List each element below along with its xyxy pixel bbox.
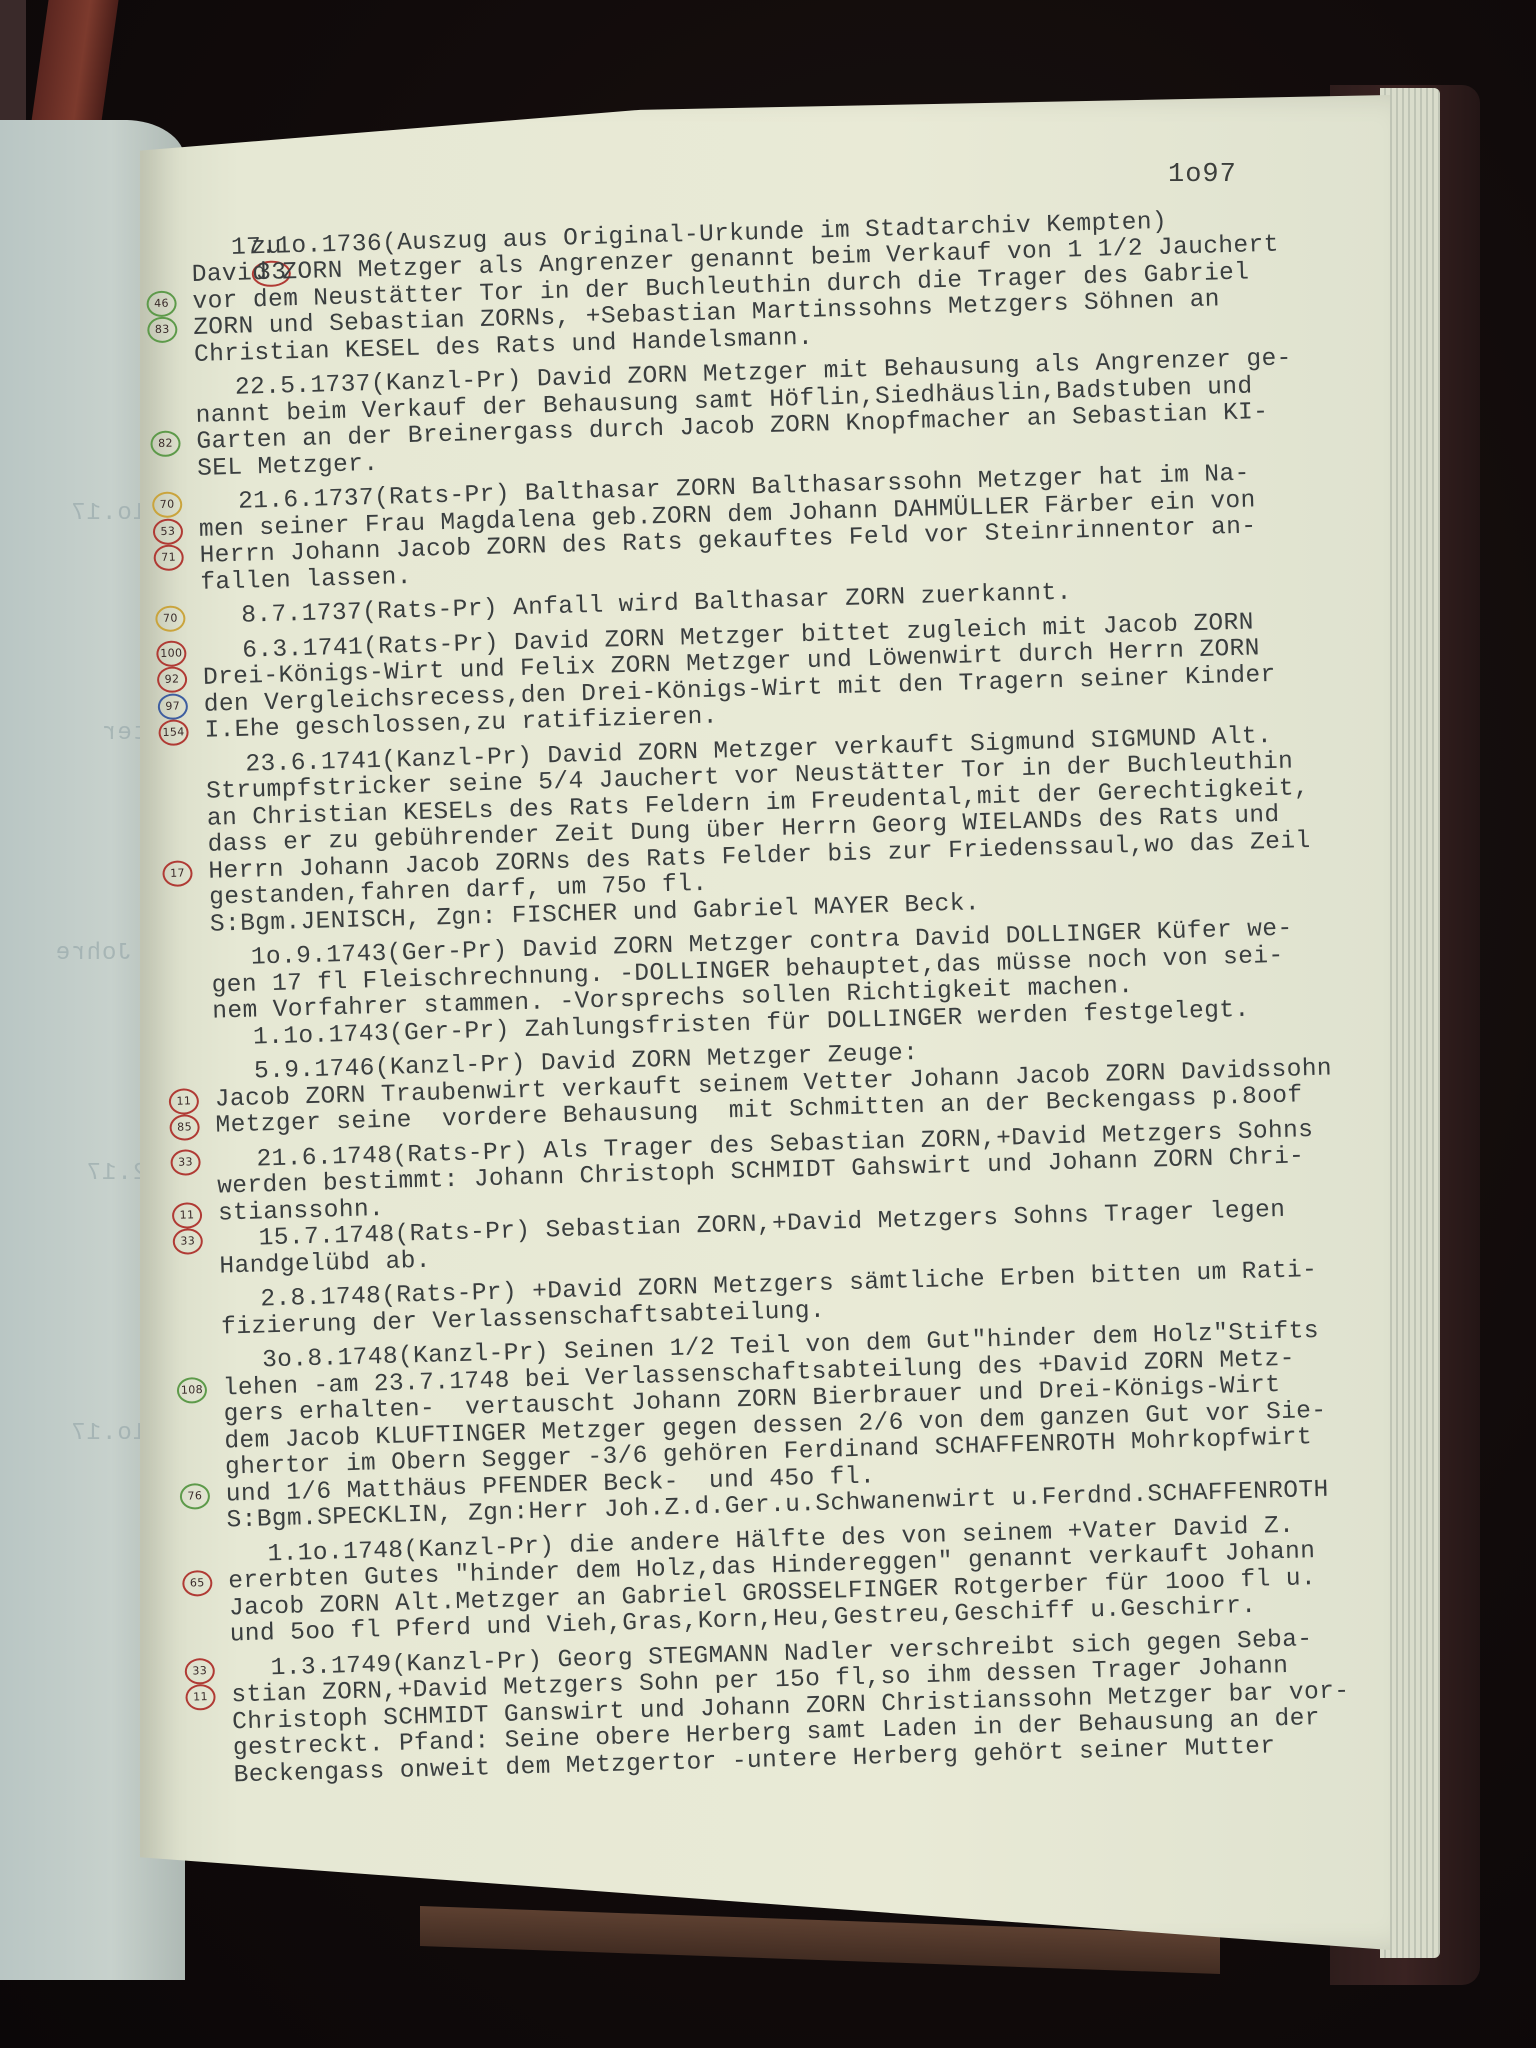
record-line-text: Handgelübd ab. [219,1247,431,1280]
margin-annotation-circle: 11 [172,1202,203,1229]
typewritten-text: zu 33 17.1o.1736(Auszug aus Original-Urk… [190,177,1424,1798]
record-line-text: fallen lassen. [200,563,412,596]
record-line-text: SEL Metzger. [197,450,379,482]
record-entry: 1.3.1749(Kanzl-Pr) Georg STEGMANN Nadler… [230,1624,1423,1790]
record-entry: 23.6.1741(Kanzl-Pr) David ZORN Metzger v… [205,720,1400,939]
margin-annotation-circle: 97 [157,693,188,720]
margin-annotation-circle: 46 [146,290,177,317]
margin-annotation-circle: 76 [180,1482,211,1509]
record-entry: 21.6.1748(Rats-Pr) Als Trager des Sebast… [216,1115,1409,1281]
margin-annotation-circle: 100 [156,640,187,667]
margin-annotation-circle: 33 [184,1657,215,1684]
margin-annotation-circle: 53 [153,518,184,545]
record-entry: 3o.8.1748(Kanzl-Pr) Seinen 1/2 Teil von … [222,1316,1417,1535]
margin-annotation-circle: 11 [169,1088,200,1115]
margin-annotation-circle: 108 [177,1376,208,1403]
margin-annotation-circle: 17 [162,860,193,887]
book-edge-left [0,0,26,125]
margin-annotation-circle: 33 [170,1149,201,1176]
